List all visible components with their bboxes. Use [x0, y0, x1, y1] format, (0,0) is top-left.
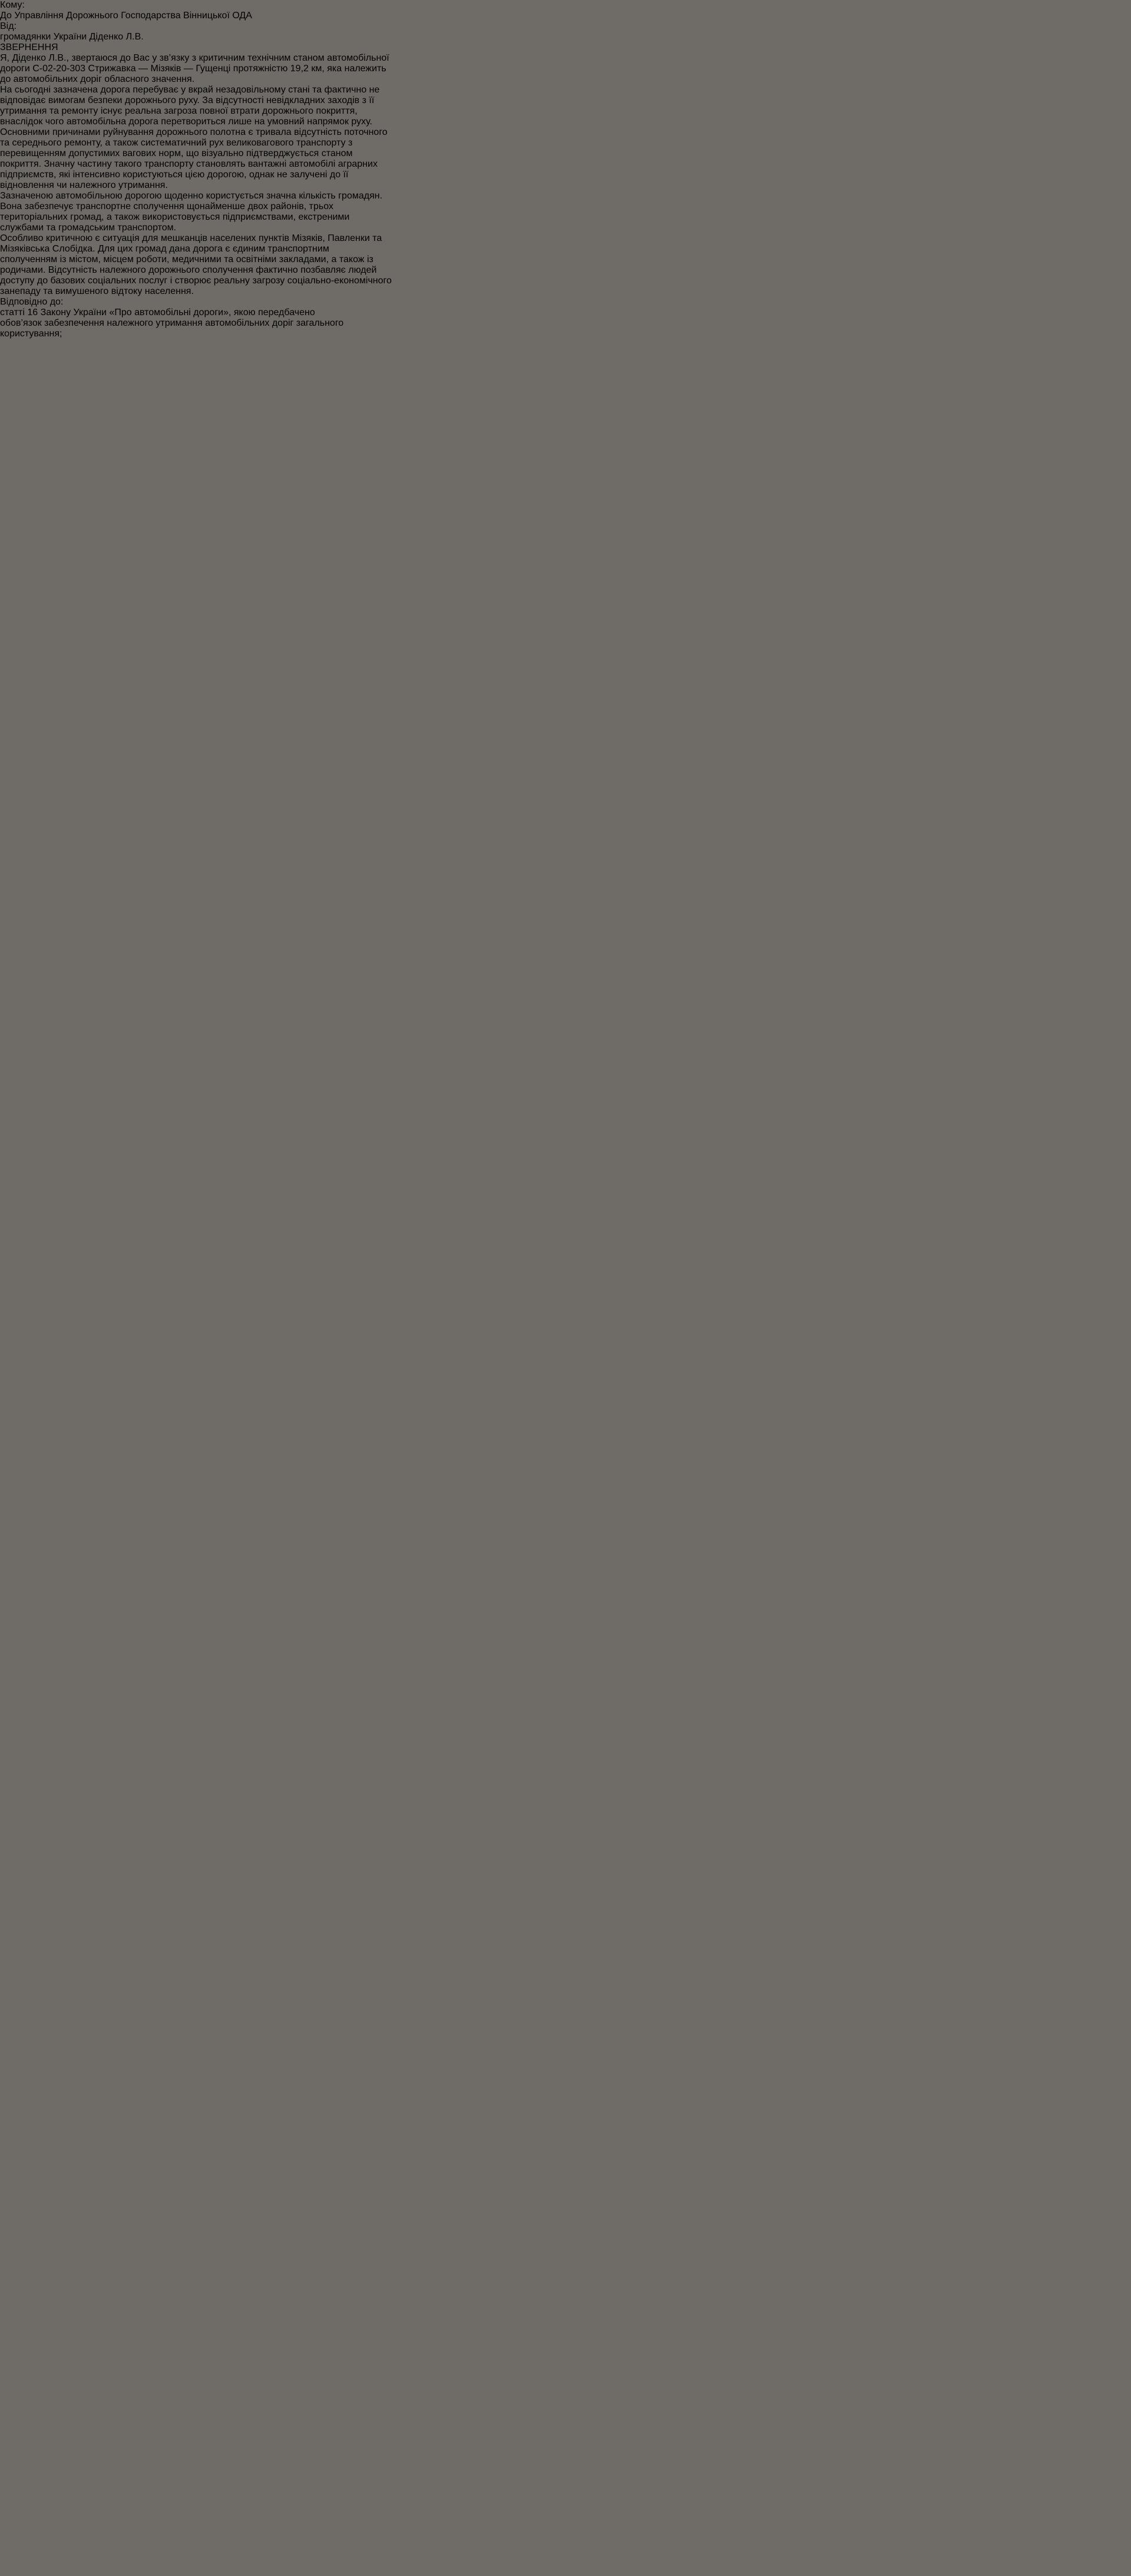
- background-surface: [0, 0, 1131, 373]
- photo-scene: Кому: До Управління Дорожнього Господарс…: [0, 0, 1131, 2576]
